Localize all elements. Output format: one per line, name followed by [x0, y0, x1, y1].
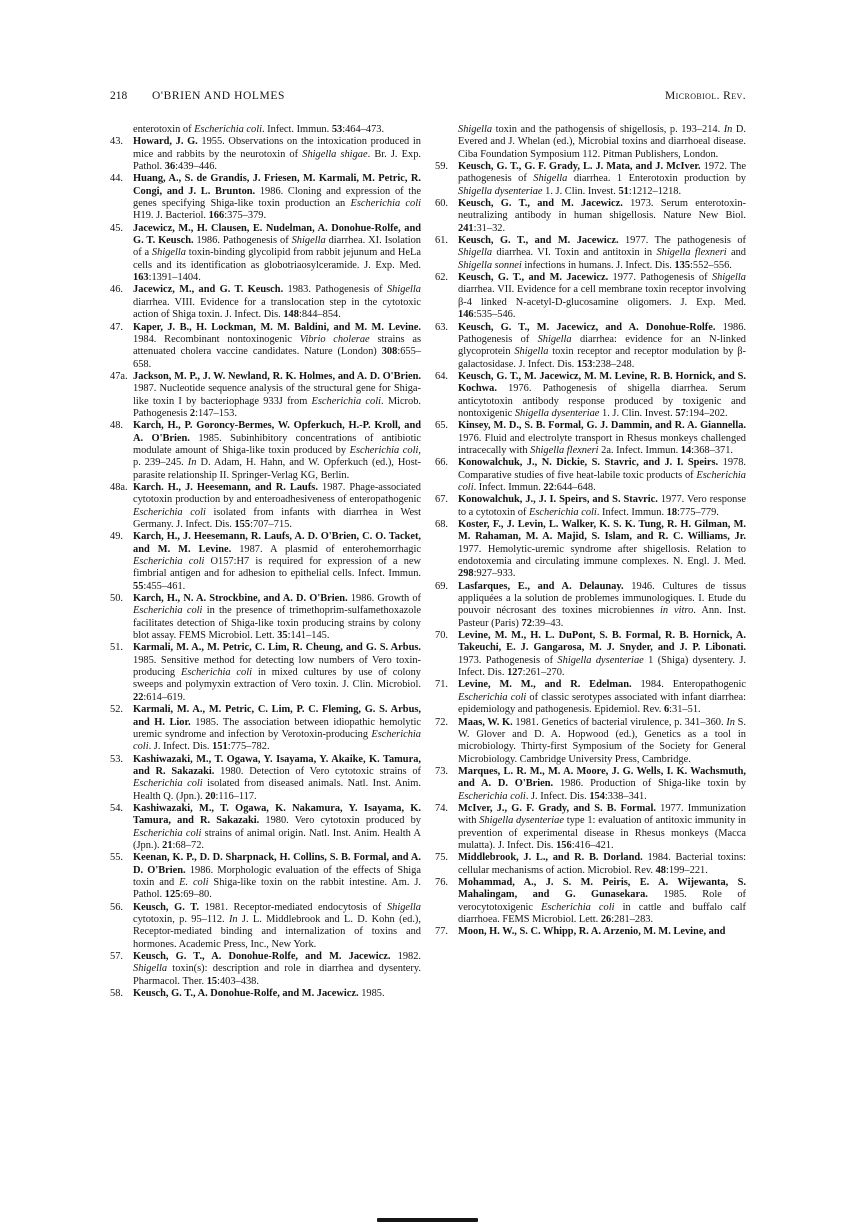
reference-entry: 54.Kashiwazaki, M., T. Ogawa, K. Nakamur…: [110, 803, 421, 852]
reference-number: 45.: [110, 223, 133, 235]
reference-entry: 58.Keusch, G. T., A. Donohue-Rolfe, and …: [110, 988, 421, 1000]
reference-number: 43.: [110, 136, 133, 148]
reference-entry: 44.Huang, A., S. de Grandis, J. Friesen,…: [110, 173, 421, 222]
reference-number: 56.: [110, 902, 133, 914]
page-header: 218 O'BRIEN AND HOLMES Microbiol. Rev.: [110, 90, 746, 102]
reference-entry: 62.Keusch, G. T., and M. Jacewicz. 1977.…: [435, 272, 746, 321]
reference-entry: 57.Keusch, G. T., A. Donohue-Rolfe, and …: [110, 951, 421, 988]
journal-page: 218 O'BRIEN AND HOLMES Microbiol. Rev. e…: [0, 0, 856, 1227]
reference-number: 66.: [435, 457, 458, 469]
reference-number: 68.: [435, 519, 458, 531]
reference-entry: 75.Middlebrook, J. L., and R. B. Dorland…: [435, 852, 746, 877]
reference-number: 54.: [110, 803, 133, 815]
reference-number: 70.: [435, 630, 458, 642]
reference-number: 47a.: [110, 371, 133, 383]
reference-entry: 64.Keusch, G. T., M. Jacewicz, M. M. Lev…: [435, 371, 746, 420]
reference-entry: 72.Maas, W. K. 1981. Genetics of bacteri…: [435, 717, 746, 766]
reference-columns: enterotoxin of Escherichia coli. Infect.…: [110, 124, 746, 1000]
reference-number: 57.: [110, 951, 133, 963]
reference-entry: 77.Moon, H. W., S. C. Whipp, R. A. Arzen…: [435, 926, 746, 938]
reference-number: 58.: [110, 988, 133, 1000]
reference-number: 47.: [110, 322, 133, 334]
reference-number: 48a.: [110, 482, 133, 494]
reference-entry: 66.Konowalchuk, J., N. Dickie, S. Stavri…: [435, 457, 746, 494]
reference-entry: 68.Koster, F., J. Levin, L. Walker, K. S…: [435, 519, 746, 581]
page-number: 218: [110, 90, 152, 102]
reference-number: 60.: [435, 198, 458, 210]
reference-entry: 48a.Karch. H., J. Heesemann, and R. Lauf…: [110, 482, 421, 531]
reference-number: 64.: [435, 371, 458, 383]
reference-entry: 52.Karmali, M. A., M. Petric, C. Lim, P.…: [110, 704, 421, 753]
reference-number: 59.: [435, 161, 458, 173]
reference-entry: 48.Karch, H., P. Goroncy-Bermes, W. Opfe…: [110, 420, 421, 482]
reference-number: 77.: [435, 926, 458, 938]
reference-entry: 63.Keusch, G. T., M. Jacewicz, and A. Do…: [435, 322, 746, 371]
reference-number: 48.: [110, 420, 133, 432]
reference-entry: 76.Mohammad, A., J. S. M. Peiris, E. A. …: [435, 877, 746, 926]
reference-entry: 70.Levine, M. M., H. L. DuPont, S. B. Fo…: [435, 630, 746, 679]
reference-number: 46.: [110, 284, 133, 296]
reference-number: 61.: [435, 235, 458, 247]
reference-entry: 65.Kinsey, M. D., S. B. Formal, G. J. Da…: [435, 420, 746, 457]
reference-number: 51.: [110, 642, 133, 654]
reference-number: 71.: [435, 679, 458, 691]
references-left-column: enterotoxin of Escherichia coli. Infect.…: [110, 124, 421, 1000]
reference-number: 49.: [110, 531, 133, 543]
reference-number: 65.: [435, 420, 458, 432]
reference-entry: 61.Keusch, G. T., and M. Jacewicz. 1977.…: [435, 235, 746, 272]
reference-continuation: enterotoxin of Escherichia coli. Infect.…: [110, 124, 421, 136]
reference-entry: 53.Kashiwazaki, M., T. Ogawa, Y. Isayama…: [110, 754, 421, 803]
reference-entry: 67.Konowalchuk, J., J. I. Speirs, and S.…: [435, 494, 746, 519]
reference-entry: 74.McIver, J., G. F. Grady, and S. B. Fo…: [435, 803, 746, 852]
reference-number: 72.: [435, 717, 458, 729]
reference-entry: 47.Kaper, J. B., H. Lockman, M. M. Baldi…: [110, 322, 421, 371]
scan-artifact-bar: [377, 1218, 478, 1222]
reference-number: 44.: [110, 173, 133, 185]
reference-number: 50.: [110, 593, 133, 605]
reference-number: 73.: [435, 766, 458, 778]
reference-entry: 49.Karch, H., J. Heesemann, R. Laufs, A.…: [110, 531, 421, 593]
reference-entry: 51.Karmali, M. A., M. Petric, C. Lim, R.…: [110, 642, 421, 704]
reference-continuation: Shigella toxin and the pathogensis of sh…: [435, 124, 746, 161]
reference-number: 75.: [435, 852, 458, 864]
reference-number: 63.: [435, 322, 458, 334]
reference-number: 74.: [435, 803, 458, 815]
reference-number: 69.: [435, 581, 458, 593]
reference-number: 53.: [110, 754, 133, 766]
reference-entry: 50.Karch, H., N. A. Strockbine, and A. D…: [110, 593, 421, 642]
reference-number: 55.: [110, 852, 133, 864]
reference-entry: 47a.Jackson, M. P., J. W. Newland, R. K.…: [110, 371, 421, 420]
reference-entry: 73.Marques, L. R. M., M. A. Moore, J. G.…: [435, 766, 746, 803]
references-right-column: Shigella toxin and the pathogensis of sh…: [435, 124, 746, 1000]
reference-number: 52.: [110, 704, 133, 716]
reference-entry: 55.Keenan, K. P., D. D. Sharpnack, H. Co…: [110, 852, 421, 901]
journal-name: Microbiol. Rev.: [665, 90, 746, 102]
reference-entry: 45.Jacewicz, M., H. Clausen, E. Nudelman…: [110, 223, 421, 285]
reference-entry: 71.Levine, M. M., and R. Edelman. 1984. …: [435, 679, 746, 716]
reference-entry: 43.Howard, J. G. 1955. Observations on t…: [110, 136, 421, 173]
reference-entry: 46.Jacewicz, M., and G. T. Keusch. 1983.…: [110, 284, 421, 321]
reference-number: 76.: [435, 877, 458, 889]
running-title: O'BRIEN AND HOLMES: [152, 90, 285, 102]
reference-entry: 60.Keusch, G. T., and M. Jacewicz. 1973.…: [435, 198, 746, 235]
reference-number: 62.: [435, 272, 458, 284]
reference-number: 67.: [435, 494, 458, 506]
reference-entry: 59.Keusch, G. T., G. F. Grady, L. J. Mat…: [435, 161, 746, 198]
reference-entry: 69.Lasfarques, E., and A. Delaunay. 1946…: [435, 581, 746, 630]
reference-entry: 56.Keusch, G. T. 1981. Receptor-mediated…: [110, 902, 421, 951]
